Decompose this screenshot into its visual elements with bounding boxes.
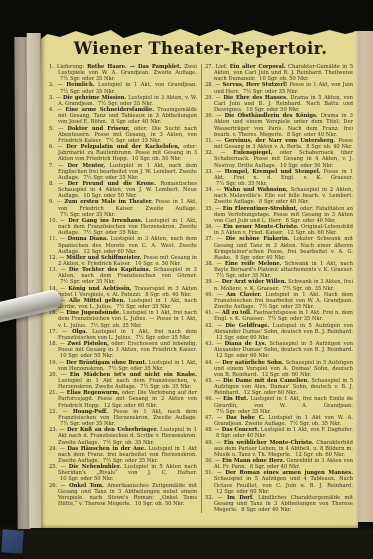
- entry-number: 17.: [49, 329, 57, 335]
- entry-number: 35.: [205, 206, 213, 212]
- repertoire-entry: 36. — Ein neuer Monte-Christo. Original-…: [205, 224, 353, 236]
- repertoire-entry: 2. — Heimlich. Lustspiel in 1 Akt, von G…: [49, 82, 197, 94]
- entry-title: Hempel, Krempel und Stempel.: [225, 169, 321, 175]
- entry-number: 45.: [205, 378, 213, 384]
- entry-number: 48.: [205, 427, 213, 433]
- entry-title: Das hohe C.: [226, 415, 265, 421]
- entry-price: 8 Sgr. oder 40 Nkr.: [248, 464, 300, 470]
- entry-title: Eine arme Schneidersfamilie.: [65, 107, 154, 113]
- entry-number: 11.: [49, 236, 57, 242]
- entry-price: 7½ Sgr. oder 35 Nkr.: [96, 101, 153, 107]
- entry-title: Eine Jugendsünde.: [66, 310, 121, 316]
- entry-title: Müller und Schiffmeister.: [66, 255, 141, 261]
- entry-title: Der Pelzpalatin und der Kachelofen,: [66, 144, 179, 150]
- entry-number: 26.: [49, 483, 57, 489]
- entry-title: Der Arzt wider Willen.: [222, 279, 287, 285]
- repertoire-entry: 11. — Donna Diana. Lustspiel in 3 Akten,…: [49, 236, 197, 254]
- entry-price: 7½ Sgr. oder 35 Nkr.: [81, 230, 138, 236]
- entry-number: 41.: [205, 310, 213, 316]
- entry-price: 12 Sgr. oder 60 Nkr.: [102, 403, 157, 409]
- repertoire-entry: 42. — Die Geldfrage. Lustspiel in 5 Aufz…: [205, 323, 353, 341]
- entry-title: Das Häuschen in der Aue.: [67, 446, 146, 452]
- entry-price: 10 Sgr. ob. 50 Nkr.: [133, 501, 185, 507]
- repertoire-entry: 1. Lieferung: Rothe Haare. — Das Pamphle…: [49, 64, 197, 82]
- entry-title: Rothe Haare. — Das Pamphlet.: [87, 64, 181, 70]
- entry-number: 24.: [49, 446, 57, 452]
- entry-number: 25.: [49, 464, 57, 470]
- entry-number: 27.: [205, 64, 213, 70]
- repertoire-entry: 49. — Ein weiblicher Monte-Christo. Char…: [205, 440, 353, 458]
- entry-title: Servus, Herr Stutzerl!: [222, 82, 287, 88]
- repertoire-entry: 40. — Am Clavier. Lustspiel in 1 Akt. Na…: [205, 292, 353, 310]
- repertoire-entry: 25. — Die Nebenbuhler. Lustspiel in 5 Ak…: [49, 464, 197, 482]
- repertoire-entry: 14. — König und Aebtissin, Trauerspiel i…: [49, 286, 197, 298]
- entry-price: 7½ Sgr. oder 35 Nkr.: [104, 138, 161, 144]
- entry-number: 39.: [205, 279, 213, 285]
- repertoire-entry: 6. — Der Pelzpalatin und der Kachelofen,…: [49, 144, 197, 162]
- entry-title: Onkel Tom.: [69, 483, 104, 489]
- repertoire-columns: 1. Lieferung: Rothe Haare. — Das Pamphle…: [49, 64, 352, 513]
- entry-price: 10 Sgr. oder 50 Nkr.: [81, 193, 136, 199]
- entry-title: Der natürliche Sohn.: [222, 360, 283, 366]
- entry-number: 21.: [49, 390, 57, 396]
- repertoire-entry: 46. — Ein Hut. Lustspiel in 1 Akt, frei …: [205, 396, 353, 414]
- repertoire-entry: 17. — Olga. Lustspiel in 1 Akt, frei nac…: [49, 329, 197, 341]
- entry-number: 36.: [205, 224, 213, 230]
- repertoire-entry: 22. — Hoang-Puff. Posse in 1 Akt, nach d…: [49, 409, 197, 427]
- entry-price: 8 Sgr. oder 40 Nkr.: [214, 433, 266, 439]
- entry-number: 52.: [205, 495, 213, 501]
- entry-price: 8 Sgr. oder 40 Nkr.: [257, 199, 309, 205]
- entry-title: Wahn und Wahnsinn,: [224, 187, 288, 193]
- entry-price: 7½ Sgr. oder 35 Nkr.: [214, 273, 271, 279]
- entry-number: 30.: [205, 113, 213, 119]
- entry-title: Die Obsthändlerin des Königs.: [225, 113, 318, 119]
- entry-number: 49.: [205, 440, 213, 446]
- repertoire-entry: 16. — Eine Jugendsünde. Lustspiel in 1 A…: [49, 310, 197, 328]
- entry-number: 29.: [205, 95, 213, 101]
- repertoire-entry: 28. — Servus, Herr Stutzerl! Posse in 1 …: [205, 82, 353, 94]
- entry-number: 20.: [49, 372, 57, 378]
- page-content: Wiener Theater-Repertoir. 1. Lieferung: …: [49, 36, 352, 513]
- repertoire-entry: 20. — Ein Mädchen ist's und nicht ein Kn…: [49, 372, 197, 390]
- repertoire-entry: 48. — Das Concert. Lustspiel in 1 Akt, v…: [205, 427, 353, 439]
- entry-price: 7½ Sgr. oder 35 Nkr.: [58, 76, 115, 82]
- entry-number: 7.: [49, 163, 54, 169]
- repertoire-entry: 13. — Die Tochter des Kapitains. Schausp…: [49, 267, 197, 285]
- entry-price: 10 Sgr. o. 50 Nkr.: [133, 261, 181, 267]
- entry-title: All zu toll.: [222, 310, 252, 316]
- entry-title: Diana de Lys.: [225, 341, 267, 347]
- repertoire-entry: 26. — Onkel Tom. Amerikanisches Zeitgemä…: [49, 483, 197, 508]
- entry-number: 47.: [205, 415, 213, 421]
- entry-title: Ein Hut.: [223, 396, 248, 402]
- entry-title: Zum ersten Male im Theater.: [64, 199, 152, 205]
- entry-title: Die geheime Mission.: [63, 95, 126, 101]
- entry-number: 2.: [49, 82, 54, 88]
- entry-price: 7½ Sgr. oder 35 Nkr.: [58, 279, 115, 285]
- entry-price: 7½ Sgr. oder 35 Nkr.: [58, 212, 115, 218]
- entry-number: 32.: [205, 150, 213, 156]
- entry-title: Der Mentor,: [67, 163, 105, 169]
- photographed-book-scene: Wiener Theater-Repertoir. 1. Lieferung: …: [0, 0, 373, 559]
- entry-title: Doktor und Friseur,: [67, 126, 129, 132]
- repertoire-entry: 39. — Der Arzt wider Willen. Schwank in …: [205, 279, 353, 291]
- entry-title: Ein Mädchen ist's und nicht ein Knabe.: [70, 372, 197, 378]
- entry-price: 12 Sgr. oder 60 Nkr.: [214, 489, 269, 495]
- entry-price: 7½ Sgr. oder 35 Nkr.: [106, 366, 163, 372]
- entry-price: 7½ Sgr. oder 35 Nkr.: [101, 458, 158, 464]
- entry-price: 7½ Sgr. ob. 35 Nkr.: [88, 323, 141, 329]
- entry-number: 1.: [49, 64, 54, 70]
- repertoire-entry: 23. — Der Kuß an den Ueberbringer. Lusts…: [49, 427, 197, 445]
- entry-price: 7½ Sgr. oder 35 Nkr.: [241, 89, 298, 95]
- repertoire-entry: 29. — Die Ehre des Hauses. Drama in 5 Ak…: [205, 95, 353, 113]
- entry-title: Eulenspiegel,: [233, 150, 272, 156]
- entry-price: 7½ Sgr. oder 35 Nkr.: [266, 316, 323, 322]
- entry-title: Gervinus, der Narr vom Untersberg.: [225, 138, 336, 144]
- entry-price: 7½ Sgr. ob. 35 Nkr.: [288, 421, 341, 427]
- entry-title: Zwei Pistolen,: [67, 341, 109, 347]
- repertoire-entry: 9. — Zum ersten Male im Theater. Posse i…: [49, 199, 197, 217]
- repertoire-entry: 37. — Die schöne Fiakerin. Lokaler Schwa…: [205, 236, 353, 261]
- entry-number: 5.: [49, 126, 54, 132]
- entry-title: König und Aebtissin,: [68, 286, 131, 292]
- repertoire-entry: 45. — Die Dame mit den Camelien. Schausp…: [205, 378, 353, 396]
- entry-title: Eine reife Melone.: [225, 261, 282, 267]
- entry-price: 12 Sgr. oder 60 Nkr.: [242, 390, 297, 396]
- repertoire-entry: 27. Lief. Ein alter Corporal. Charakter-…: [205, 64, 353, 82]
- repertoire-entry: 19. — Der Bräutigam ohne Braut. Lustspie…: [49, 360, 197, 372]
- entry-number: 23.: [49, 427, 57, 433]
- repertoire-entry: 12. — Müller und Schiffmeister. Posse mi…: [49, 255, 197, 267]
- entry-price: 8 Sgr. oder 40 Nkr.: [285, 132, 337, 138]
- entry-number: 51.: [205, 470, 213, 476]
- entry-price: 7½ Sgr. ob. 35 Nkr.: [281, 286, 334, 292]
- page-title: Wiener Theater-Repertoir.: [49, 40, 352, 58]
- entry-number: 50.: [205, 458, 213, 464]
- repertoire-entry: 41. — All zu toll. Fastnachtsposse in 1 …: [205, 310, 353, 322]
- entry-title: Ein Mann ohne Herz.: [222, 458, 284, 464]
- repertoire-entry: 43. — Diana de Lys. Schauspiel in 5 Aufz…: [205, 341, 353, 359]
- book-page-edge-inner: [27, 33, 44, 528]
- entry-number: 38.: [205, 261, 213, 267]
- repertoire-entry: 50. — Ein Mann ohne Herz. Genrebild in 3…: [205, 458, 353, 470]
- repertoire-entry: 21. — Elias Regenwurm, oder: Die Verlobu…: [49, 390, 197, 408]
- entry-title: Die Dame mit den Camelien.: [223, 378, 309, 384]
- entry-number: 43.: [205, 341, 213, 347]
- entry-title: Olga.: [72, 329, 87, 335]
- entry-title: Der Freund und die Krone.: [68, 181, 156, 187]
- entry-number: 18.: [49, 341, 57, 347]
- entry-price: 8 Sgr. oder 40 Nkr.: [109, 119, 161, 125]
- entry-title: Im Dorf.: [227, 495, 254, 501]
- entry-title: Der Gang ins Irrenhaus.: [68, 218, 142, 224]
- entry-price: 8 Sgr. oder 40 Nkr.: [239, 507, 291, 513]
- blue-card: [1, 529, 24, 553]
- repertoire-entry: 51. — Der Roman eines armen jungen Manne…: [205, 470, 353, 495]
- entry-title: Ein Florentiner-Strohhut,: [223, 206, 298, 212]
- entry-title: Die Nebenbuhler.: [69, 464, 121, 470]
- repertoire-entry: 4. — Eine arme Schneidersfamilie. Traumg…: [49, 107, 197, 125]
- entry-title: Donna Diana.: [68, 236, 108, 242]
- repertoire-entry: 32. — Eulenspiegel, oder Schabernack übe…: [205, 150, 353, 168]
- entry-price: 12 Sgr. oder 60 Nkr.: [214, 335, 269, 341]
- entry-number: 19.: [49, 360, 57, 366]
- repertoire-entry: 30. — Die Obsthändlerin des Königs. Dram…: [205, 113, 353, 138]
- repertoire-entry: 5. — Doktor und Friseur, oder: Die Sucht…: [49, 126, 197, 144]
- entry-number: 22.: [49, 409, 57, 415]
- entry-number: 46.: [205, 396, 213, 402]
- entry-title: Elias Regenwurm,: [67, 390, 120, 396]
- entry-title: Der Bräutigam ohne Braut.: [66, 360, 146, 366]
- entry-title: Hoang-Puff.: [73, 409, 108, 415]
- entry-price: 7½ Sgr. ob. 35 Nkr.: [214, 181, 267, 187]
- entry-title: Die Tochter des Kapitains.: [69, 267, 151, 273]
- entry-price: 10 Sgr. oder 50 Nkr.: [278, 163, 333, 169]
- entry-price: 7½ Sgr. oder 35 Nkr.: [58, 421, 115, 427]
- entry-price: 10 Sgr. ob. 50 Nkr.: [130, 156, 182, 162]
- entry-title: Die Geldfrage.: [225, 323, 269, 329]
- repertoire-entry: 38. — Eine reife Melone. Schwank in 1 Ak…: [205, 261, 353, 279]
- repertoire-entry: 52. — Im Dorf. Ländliches Charaktergemäl…: [205, 495, 353, 513]
- entry-price: 7½ Sgr. oder 35 Nkr.: [214, 409, 271, 415]
- entry-number: 31.: [205, 138, 213, 144]
- repertoire-entry: 33. — Hempel, Krempel und Stempel. Posse…: [205, 169, 353, 187]
- entry-price: 8 Sgr. ob. 40 Nkr.: [143, 292, 191, 298]
- entry-price: 12 Sgr. oder 60 Nkr.: [214, 353, 269, 359]
- entry-number: 33.: [205, 169, 213, 175]
- repertoire-entry: 47. — Das hohe C. Lustspiel in 1 Akt von…: [205, 415, 353, 427]
- entry-title: Das Concert.: [222, 427, 259, 433]
- entry-price: 7½ Sgr. ob. 35 Nkr.: [138, 384, 191, 390]
- entry-number: 4.: [49, 107, 54, 113]
- repertoire-entry: 10. — Der Gang ins Irrenhaus. Lustspiel …: [49, 218, 197, 236]
- entry-number: 16.: [49, 310, 57, 316]
- entry-price: 8 Sgr. oder 40 Nkr.: [233, 255, 285, 261]
- entry-price: 12 Sgr. oder 60 Nkr.: [81, 249, 136, 255]
- entry-title: Ein alter Corporal.: [230, 64, 286, 70]
- entry-number: 3.: [49, 95, 54, 101]
- entry-title: Die Ehre des Hauses.: [224, 95, 288, 101]
- entry-number: 10.: [49, 218, 57, 224]
- entry-number: 40.: [205, 292, 213, 298]
- repertoire-entry: 34. — Wahn und Wahnsinn, Schauspiel in 2…: [205, 187, 353, 205]
- entry-price: 10 Sgr. oder 50 Nkr.: [58, 353, 113, 359]
- entry-number: 8.: [49, 181, 54, 187]
- repertoire-entry: 24. — Das Häuschen in der Aue. Lustspiel…: [49, 446, 197, 464]
- repertoire-entry: 8. — Der Freund und die Krone. Romantisc…: [49, 181, 197, 199]
- entry-price: 7½ Sgr. oder 35 Nkr.: [134, 335, 191, 341]
- entry-price: 10 Sgr. oder 50 Nkr.: [58, 476, 113, 482]
- repertoire-entry: 15. — Alle Mittel gelten. Lustspiel in 1…: [49, 298, 197, 310]
- entry-title: Die schöne Fiakerin.: [226, 236, 290, 242]
- entry-price: 7½ Sgr. ob. 35 Nkr.: [101, 440, 154, 446]
- entry-title: Ein weiblicher Monte-Christo.: [224, 440, 314, 446]
- entry-price: 12 Sgr. ob. 60 Nkr.: [260, 372, 312, 378]
- entry-title: Der Roman eines armen jungen Mannes.: [225, 470, 353, 476]
- entry-price: 7½ Sgr. oder 35 Nkr.: [58, 89, 115, 95]
- repertoire-entry: 3. — Die geheime Mission. Lustspiel in 3…: [49, 95, 197, 107]
- entry-number: 42.: [205, 323, 213, 329]
- entry-title: Der Kuß an den Ueberbringer.: [67, 427, 158, 433]
- repertoire-entry: 18. — Zwei Pistolen, oder: Erschossen un…: [49, 341, 197, 359]
- repertoire-entry: 44. — Der natürliche Sohn. Schauspiel in…: [205, 360, 353, 378]
- entry-price: 7½ Sgr. oder 35 Nkr.: [81, 175, 138, 181]
- entry-price: 8 Sgr. ob. 40 Nkr.: [304, 144, 352, 150]
- entry-number: 37.: [205, 236, 213, 242]
- repertoire-column-left: 1. Lieferung: Rothe Haare. — Das Pamphle…: [49, 64, 197, 513]
- entry-number: 6.: [49, 144, 54, 150]
- entry-number: 13.: [49, 267, 57, 273]
- entry-number: 9.: [49, 199, 54, 205]
- repertoire-entry: 35. — Ein Florentiner-Strohhut, oder: Fa…: [205, 206, 353, 224]
- repertoire-entry: 31. — Gervinus, der Narr vom Untersberg.…: [205, 138, 353, 150]
- entry-title: Am Clavier.: [226, 292, 261, 298]
- entry-number: 44.: [205, 360, 213, 366]
- repertoire-column-right: 27. Lief. Ein alter Corporal. Charakter-…: [201, 64, 353, 513]
- entry-title: Ein neuer Monte-Christo.: [223, 224, 298, 230]
- entry-title: Heimlich.: [66, 82, 94, 88]
- repertoire-entry: 7. — Der Mentor, Lustspiel in 1 Akt, nac…: [49, 163, 197, 181]
- entry-number: 34.: [205, 187, 213, 193]
- entry-price: 7½ Sgr. oder 35 Nkr.: [257, 304, 314, 310]
- entry-price: 8 Sgr. oder 40 Nkr.: [284, 218, 336, 224]
- entry-price: 10 Sgr. ob. 50 Nkr.: [257, 76, 309, 82]
- entry-number: 28.: [205, 82, 213, 88]
- entry-number: 12.: [49, 255, 57, 261]
- entry-price: 12 Sgr. ob. 60 Nkr.: [293, 452, 345, 458]
